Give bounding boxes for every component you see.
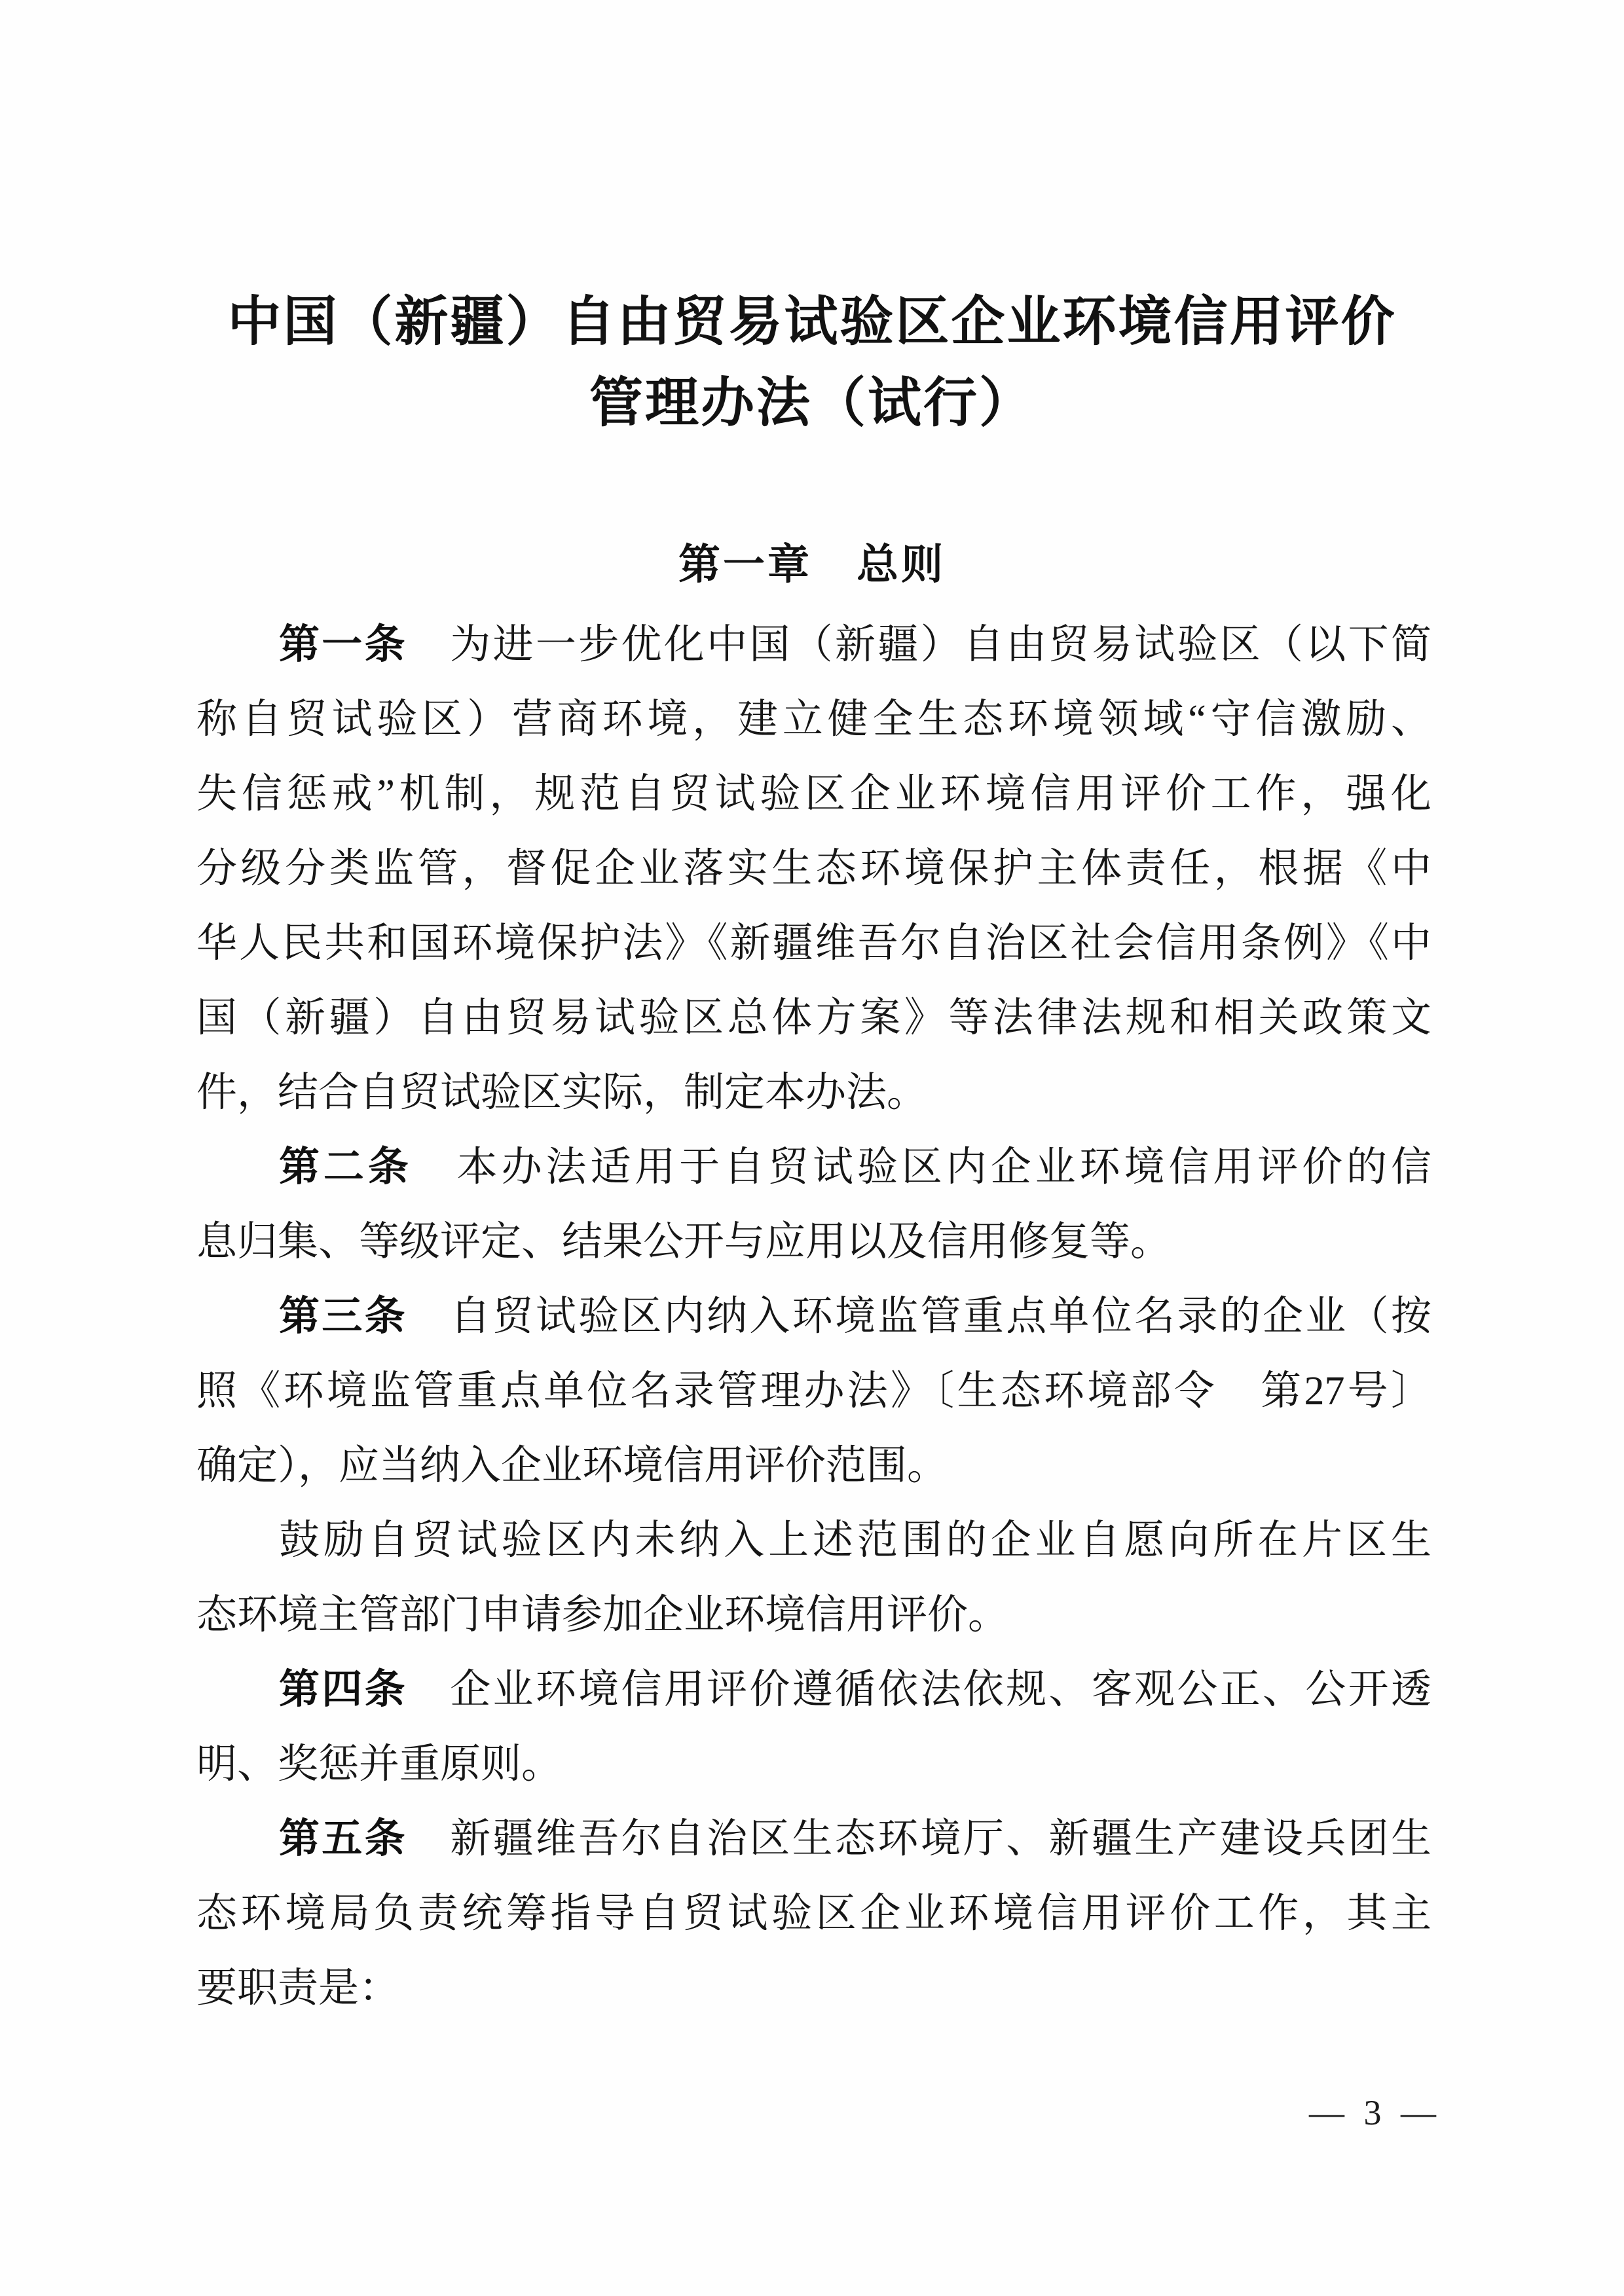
body-line: 称自贸试验区）营商环境，建立健全生态环境领域“守信激励、 bbox=[196, 682, 1431, 757]
body-line: 明、奖惩并重原则。 bbox=[196, 1727, 1431, 1802]
body-line: 第一条 为进一步优化中国（新疆）自由贸易试验区（以下简 bbox=[196, 608, 1431, 682]
document-body-text: 第一条 为进一步优化中国（新疆）自由贸易试验区（以下简称自贸试验区）营商环境，建… bbox=[196, 608, 1431, 2026]
article-number: 第五条 bbox=[279, 1816, 407, 1861]
body-line: 第三条 自贸试验区内纳入环境监管重点单位名录的企业（按 bbox=[196, 1279, 1431, 1354]
body-line: 态环境主管部门申请参加企业环境信用评价。 bbox=[196, 1578, 1431, 1652]
body-line: 第五条 新疆维吾尔自治区生态环境厅、新疆生产建设兵团生 bbox=[196, 1802, 1431, 1876]
document-title: 中国（新疆）自由贸易试验区企业环境信用评价 管理办法（试行） bbox=[0, 282, 1624, 444]
body-line: 分级分类监管，督促企业落实生态环境保护主体责任，根据《中 bbox=[196, 831, 1431, 906]
body-line: 件，结合自贸试验区实际，制定本办法。 bbox=[196, 1055, 1431, 1130]
body-line: 态环境局负责统筹指导自贸试验区企业环境信用评价工作，其主 bbox=[196, 1876, 1431, 1951]
body-line: 第二条 本办法适用于自贸试验区内企业环境信用评价的信 bbox=[196, 1130, 1431, 1205]
body-line: 确定），应当纳入企业环境信用评价范围。 bbox=[196, 1429, 1431, 1503]
article-number: 第三条 bbox=[279, 1294, 407, 1339]
body-line: 照《环境监管重点单位名录管理办法》〔生态环境部令 第27号〕 bbox=[196, 1354, 1431, 1429]
body-line: 鼓励自贸试验区内未纳入上述范围的企业自愿向所在片区生 bbox=[196, 1503, 1431, 1578]
document-title-line-2: 管理办法（试行） bbox=[0, 363, 1624, 444]
chapter-heading: 第一章 总则 bbox=[0, 538, 1624, 591]
document-title-line-1: 中国（新疆）自由贸易试验区企业环境信用评价 bbox=[0, 282, 1624, 363]
body-line: 息归集、等级评定、结果公开与应用以及信用修复等。 bbox=[196, 1205, 1431, 1279]
article-number: 第一条 bbox=[279, 622, 407, 667]
article-number: 第二条 bbox=[279, 1144, 413, 1190]
scanned-document-page: 中国（新疆）自由贸易试验区企业环境信用评价 管理办法（试行） 第一章 总则 第一… bbox=[0, 0, 1624, 2296]
body-line: 国（新疆）自由贸易试验区总体方案》等法律法规和相关政策文 bbox=[196, 981, 1431, 1055]
body-line: 失信惩戒”机制，规范自贸试验区企业环境信用评价工作，强化 bbox=[196, 757, 1431, 831]
article-number: 第四条 bbox=[279, 1667, 407, 1712]
body-line: 要职责是： bbox=[196, 1951, 1431, 2026]
body-line: 第四条 企业环境信用评价遵循依法依规、客观公正、公开透 bbox=[196, 1652, 1431, 1727]
body-line: 华人民共和国环境保护法》《新疆维吾尔自治区社会信用条例》《中 bbox=[196, 906, 1431, 981]
page-number: — 3 — bbox=[1283, 2092, 1467, 2133]
